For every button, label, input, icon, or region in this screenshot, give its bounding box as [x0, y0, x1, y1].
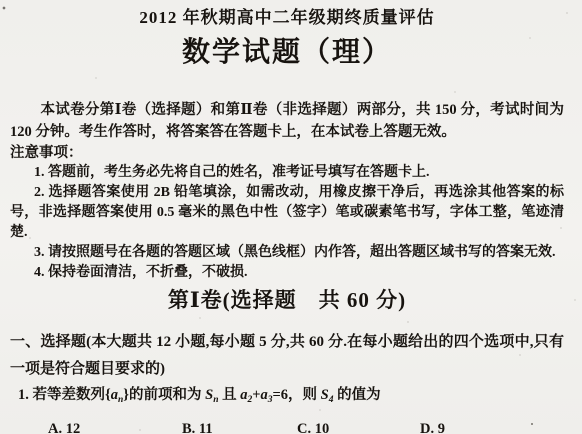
exam-page: 2012 年秋期高中二年级期终质量评估 数学试题（理） 本试卷分第Ⅰ卷（选择题）… — [0, 0, 582, 434]
multiple-choice-instructions: 一、选择题(本大题共 12 小题,每小题 5 分,共 60 分.在每小题给出的四… — [10, 329, 564, 383]
question-1-text: 的值为 — [333, 387, 380, 403]
math-var: a — [111, 387, 118, 403]
note-item-1: 1. 答题前，考生务必先将自己的姓名，准考证号填写在答题卡上. — [10, 163, 564, 183]
notes-heading: 注意事项： — [10, 143, 564, 163]
math-var: a — [261, 387, 268, 403]
note-item-3: 3. 请按照题号在各题的答题区域（黑色线框）内作答，超出答题区域书写的答案无效. — [10, 243, 564, 263]
note-item-2: 2. 选择题答案使用 2B 铅笔填涂，如需改动，用橡皮擦干净后，再选涂其他答案的… — [10, 183, 564, 243]
question-1-text: =6，则 — [273, 387, 321, 403]
question-1-text: + — [252, 387, 260, 403]
math-var: S — [321, 387, 329, 403]
section-1-heading: 第Ⅰ卷(选择题 共 60 分) — [10, 285, 564, 315]
option-c: C. 10 — [297, 419, 420, 434]
question-1-text: 且 — [218, 387, 240, 403]
question-1-options: A. 12 B. 11 C. 10 D. 9 — [10, 419, 564, 434]
math-var: S — [205, 387, 213, 403]
note-item-4: 4. 保持卷面清洁，不折叠，不破损. — [10, 263, 564, 283]
option-a: A. 12 — [48, 419, 182, 434]
option-d: D. 9 — [420, 419, 445, 434]
question-1: 1. 若等差数列{an}的前项和为 Sn 且 a2+a3=6，则 S4 的值为 — [10, 385, 564, 411]
question-1-text: 1. 若等差数列{ — [18, 387, 111, 403]
exam-intro-paragraph: 本试卷分第Ⅰ卷（选择题）和第Ⅱ卷（非选择题）两部分，共 150 分，考试时间为 … — [10, 99, 564, 143]
question-1-text: }的前项和为 — [123, 387, 205, 403]
option-b: B. 11 — [182, 419, 297, 434]
exam-subtitle: 数学试题（理） — [10, 36, 564, 70]
exam-title: 2012 年秋期高中二年级期终质量评估 — [10, 8, 564, 28]
